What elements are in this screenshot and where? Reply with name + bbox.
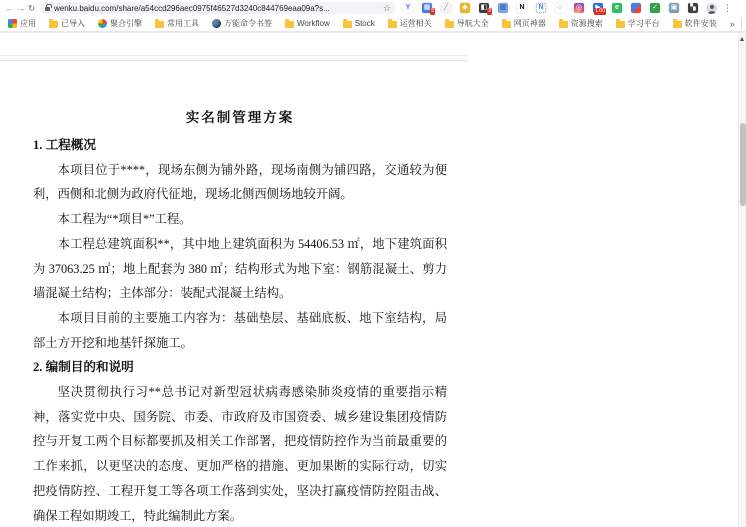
extension-glyph: ▦ xyxy=(500,3,507,13)
document-block: 本项目位于****，现场东侧为铺外路，现场南侧为铺四路，交通较为便利，西侧和北侧… xyxy=(33,158,447,207)
clipper-extension-icon[interactable]: ◧ 3 xyxy=(479,3,489,13)
extension-glyph: ▚ xyxy=(690,3,695,13)
address-bar[interactable]: wenku.baidu.com/share/a54ccd296aec0975f4… xyxy=(40,2,396,14)
bookmark-item[interactable]: Workflow xyxy=(285,19,330,28)
document-block: 1. 工程概况 xyxy=(33,133,447,158)
scrollbar-up-arrow-icon[interactable] xyxy=(740,37,744,41)
check-extension-icon[interactable]: ✓ xyxy=(650,3,660,13)
folder-icon xyxy=(445,21,454,28)
lock-icon[interactable] xyxy=(45,7,50,11)
evernote-extension-icon[interactable]: e xyxy=(612,3,622,13)
extension-glyph: e xyxy=(615,3,619,13)
folder-icon xyxy=(559,21,568,28)
back-button[interactable]: ← xyxy=(4,0,15,16)
bookmark-item[interactable]: 聚合引擎 xyxy=(98,18,142,29)
folder-icon xyxy=(502,21,511,28)
folder-icon xyxy=(616,21,625,28)
extension-glyph: ✓ xyxy=(652,3,658,13)
folder-icon xyxy=(673,21,682,28)
bookmarks-bar: 应用 已导入 聚合引擎 常用工具 万能命令书签 Workflow Stock xyxy=(0,16,746,32)
reload-button[interactable]: ↻ xyxy=(26,0,37,16)
bookmark-label: 学习平台 xyxy=(628,18,660,29)
bookmark-item[interactable]: 已导入 xyxy=(49,18,85,29)
bookmark-item[interactable]: 应用 xyxy=(8,18,36,29)
bookmark-item[interactable]: 学习平台 xyxy=(616,18,660,29)
bookmark-label: 运营相关 xyxy=(400,18,432,29)
extension-badge: 8 xyxy=(430,8,435,15)
bookmarks-separator xyxy=(741,19,742,29)
search-extension-icon[interactable]: ○ xyxy=(555,3,565,13)
puzzle-extension-icon[interactable]: ▚ xyxy=(688,3,698,13)
y-extension-icon[interactable]: Y xyxy=(403,3,413,13)
bookmark-item[interactable]: 常用工具 xyxy=(155,18,199,29)
bookmark-label: Stock xyxy=(355,19,375,28)
dotted-n-extension-icon[interactable]: N xyxy=(536,3,546,13)
browser-menu-icon[interactable]: ⋮ xyxy=(723,3,732,14)
document-page: 实名制管理方案 1. 工程概况本项目位于****，现场东侧为铺外路，现场南侧为铺… xyxy=(0,33,468,527)
bookmark-label: 聚合引擎 xyxy=(110,18,142,29)
bookmark-item[interactable]: Stock xyxy=(343,19,375,28)
pen-extension-icon[interactable]: ╱ xyxy=(441,3,451,13)
instagram-extension-icon[interactable]: ◎ xyxy=(574,3,584,13)
folder-icon xyxy=(388,21,397,28)
extension-glyph: Y xyxy=(406,3,411,13)
collab-extension-icon[interactable]: ▦ 8 xyxy=(422,3,432,13)
mosaic-extension-icon[interactable]: ▦ xyxy=(498,3,508,13)
document-title: 实名制管理方案 xyxy=(33,105,447,131)
bookmark-item[interactable]: 运营相关 xyxy=(388,18,432,29)
flag-extension-icon[interactable]: ▶ 1.00 xyxy=(593,3,603,13)
bookmark-label: 常用工具 xyxy=(167,18,199,29)
bookmark-label: 导航大全 xyxy=(457,18,489,29)
vertical-scrollbar[interactable] xyxy=(738,33,746,527)
apps-grid-icon xyxy=(8,19,17,28)
profile-avatar[interactable] xyxy=(706,3,717,14)
folder-icon xyxy=(155,21,164,28)
forward-button[interactable]: → xyxy=(15,0,26,16)
page-content: 实名制管理方案 1. 工程概况本项目位于****，现场东侧为铺外路，现场南侧为铺… xyxy=(0,32,746,527)
pinwheel-icon xyxy=(98,19,107,28)
bookmark-item[interactable]: 万能命令书签 xyxy=(212,18,272,29)
document-block: 2. 编制目的和说明 xyxy=(33,355,447,380)
bookmark-label: 应用 xyxy=(20,18,36,29)
extension-glyph: ○ xyxy=(558,3,562,13)
wing-extension-icon[interactable]: ◆ xyxy=(460,3,470,13)
extension-badge: 1.00 xyxy=(594,8,606,15)
bookmark-label: 万能命令书签 xyxy=(224,18,272,29)
document-body: 1. 工程概况本项目位于****，现场东侧为铺外路，现场南侧为铺四路，交通较为便… xyxy=(33,133,447,527)
browser-toolbar: ← → ↻ wenku.baidu.com/share/a54ccd296aec… xyxy=(0,0,746,16)
document-block: 坚决贯彻执行习**总书记对新型冠状病毒感染肺炎疫情的重要指示精神，落实党中央、国… xyxy=(33,380,447,527)
bookmark-item[interactable]: 软件安装 xyxy=(673,18,717,29)
bookmark-label: 软件安装 xyxy=(685,18,717,29)
snapshot-extension-icon[interactable]: ▣ xyxy=(669,3,679,13)
extension-glyph: ◆ xyxy=(462,3,467,13)
extensions-row: Y ▦ 8 ╱ ◆ ◧ 3 ▦ N N xyxy=(403,3,698,13)
extension-badge: 3 xyxy=(487,8,492,15)
brush-extension-icon[interactable] xyxy=(631,3,641,13)
extension-glyph: ◎ xyxy=(576,3,582,13)
bookmark-label: Workflow xyxy=(297,19,330,28)
bookmark-item[interactable]: 资源搜索 xyxy=(559,18,603,29)
folder-icon xyxy=(343,21,352,28)
folder-icon xyxy=(49,21,58,28)
bookmark-label: 网页神器 xyxy=(514,18,546,29)
bookmark-star-icon[interactable]: ☆ xyxy=(383,2,391,14)
extension-glyph: ╱ xyxy=(444,3,448,13)
bookmarks-overflow-chevron-icon[interactable]: » xyxy=(730,19,735,29)
folder-icon xyxy=(285,21,294,28)
document-block: 本工程为“*项目*”工程。 xyxy=(33,207,447,232)
bookmark-item[interactable]: 导航大全 xyxy=(445,18,489,29)
extension-glyph: N xyxy=(538,3,543,13)
browser-window: ← → ↻ wenku.baidu.com/share/a54ccd296aec… xyxy=(0,0,746,527)
extension-glyph: N xyxy=(519,3,524,13)
url-text[interactable]: wenku.baidu.com/share/a54ccd296aec0975f4… xyxy=(54,4,379,13)
bookmark-item[interactable]: 网页神器 xyxy=(502,18,546,29)
notion-extension-icon[interactable]: N xyxy=(517,3,527,13)
scrollbar-thumb[interactable] xyxy=(740,123,746,206)
bookmark-label: 资源搜索 xyxy=(571,18,603,29)
bookmarks-bar-right: » 其他书签 xyxy=(730,18,746,29)
extension-glyph: ▣ xyxy=(671,3,678,13)
bookmark-list: 应用 已导入 聚合引擎 常用工具 万能命令书签 Workflow Stock xyxy=(8,18,717,29)
document-block: 本工程总建筑面积**，其中地上建筑面积为 54406.53 ㎡，地下建筑面积为 … xyxy=(33,232,447,306)
document-block: 本项目目前的主要施工内容为：基础垫层、基础底板、地下室结构，局部土方开挖和地基钎… xyxy=(33,306,447,355)
globe-icon xyxy=(212,19,221,28)
bookmark-label: 已导入 xyxy=(61,18,85,29)
